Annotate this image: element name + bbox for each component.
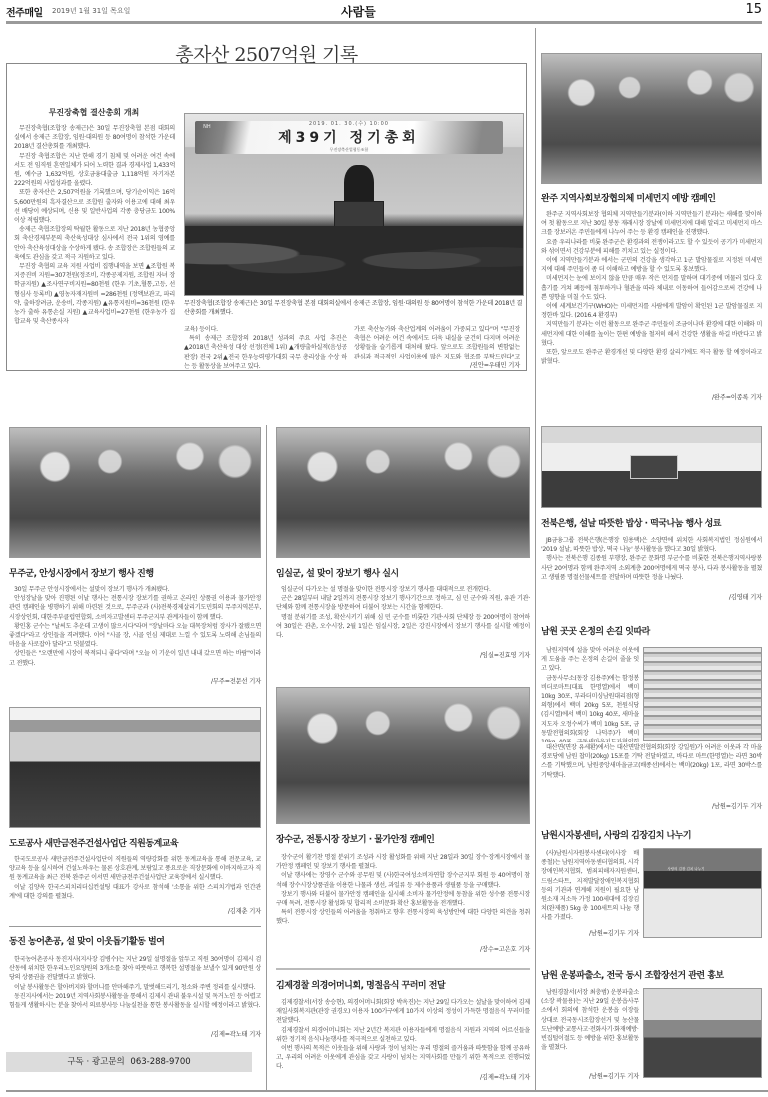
banner-date: 2019. 01. 30.(수) 10:00	[195, 120, 503, 127]
paragraph: 무진장 축협의 교육 지원 사업비 집행내역을 보면 ▲조합원 복지증진비 지원…	[14, 262, 175, 326]
paragraph: 30일 무주군 안성시장에서는 설맞이 장보기 행사가 개최됐다.	[9, 585, 261, 594]
dongjin-body: 한국농어촌공사 동진지사(지사장 김병수)는 지난 29일 설명절을 앞두고 직…	[9, 955, 261, 1029]
paragraph: 장보기 행사와 더불어 물가안정 캠페인을 실시해 소비자 물가안정에 동참을 …	[276, 890, 530, 908]
subscription-ad: 구독 · 광고문의 063-288-9700	[6, 1052, 252, 1072]
paragraph: (사)남원시자원봉사센터(이사장 배종철)는 남원지역아동센터협의회, 시각장애…	[541, 849, 639, 923]
ad-label: 구독 · 광고문의	[67, 1057, 124, 1067]
paragraph: 무진장 축협조합은 지난 한해 경기 침체 및 어려운 여건 속에서도 전 임직…	[14, 152, 175, 189]
namwon-rice-body-wide: 대산면(면장 유세환)에서는 대산면발전협의회(회장 강일원)가 어려운 이웃과…	[541, 743, 762, 800]
lead-photo-caption: 무진장축협(조합장 송제근)은 30일 무진장축협 본점 대회의실에서 송제근 …	[184, 299, 524, 317]
masthead: 전주매일 2019년 1월 31일 목요일 사람들 15	[6, 2, 762, 22]
muju-headline: 무주군, 안성시장에서 장보기 행사 진행	[9, 566, 154, 579]
paragraph: 무진장축협(조합장 송제근)은 30일 무진장축협 본점 대회의실에서 송제근 …	[14, 124, 175, 152]
paragraph: 이번 행사의 목적은 이웃들을 위해 사랑과 정이 넘치는 우리 명절의 즐거움…	[276, 1044, 530, 1072]
paragraph: 이날 김양옥 한국스피치리더십컨설팅 대표가 강사로 참석해 '소통을 위한 스…	[9, 883, 261, 901]
paragraph: 이에 세계보건기구(WHO)는 미세먼지를 사람에게 발암이 확인된 1군 발암…	[541, 302, 762, 320]
header-rule	[6, 21, 762, 24]
gimje-police-body: 김제경찰서(서장 송승현), 의경어머니회(회장 박옥진)는 지난 29일 다가…	[276, 998, 530, 1073]
dongjin-byline: /김제=곽노태 기자	[9, 1029, 261, 1038]
paragraph: 완주군 지역사회보장 협의체 지역만들기분과(이하 지역만들기 분과)는 새해를…	[541, 210, 762, 238]
paragraph: 안성장날을 맞아 진행된 이날 행사는 전통시장 장보기를 권하고 온라인 상품…	[9, 594, 261, 622]
gimje-police-byline: /김제=곽노태 기자	[276, 1072, 530, 1081]
paragraph: 황인홍 군수는 "날씨도 추운데 고생이 많으시다"라며 "장날마다 오늘 대목…	[9, 622, 261, 650]
imsil-body: 임실군이 다가오는 설 명절을 맞이한 전통시장 장보기 행사를 대대적으로 전…	[276, 585, 530, 658]
audience	[185, 226, 523, 295]
paragraph: 대산면(면장 유세환)에서는 대산면발전협의회(회장 강일원)가 어려운 이웃과…	[541, 743, 762, 780]
namwon-police-body: 남원경찰서(서장 최충범) 운봉파출소(소장 곽물용)는 지난 29일 운봉읍사…	[541, 988, 639, 1070]
paragraph: 특히 전통시장 상인들의 어려움을 청취하고 향후 전통시장의 육성방안에 대한…	[276, 908, 530, 926]
lead-byline: /진안=우태민 기자	[354, 360, 520, 369]
paragraph: 교육) 등이다.	[184, 325, 347, 334]
paragraph: 명절 분위기를 조성, 확산시키기 위해 심 민 군수를 비롯한 기관·사회 단…	[276, 613, 530, 641]
paragraph: 한국농어촌공사 동진지사(지사장 김병수)는 지난 29일 설명절을 앞두고 직…	[9, 955, 261, 983]
paragraph: 금동사무소(동장 김용주)에는 함정봉비더로마트(대표 한명열)에서 백미10k…	[541, 674, 639, 742]
paragraph: 가로 축산농가와 축산업계의 어려움이 가중되고 있다"며 "무진장축협은 어려…	[354, 325, 520, 359]
namwon-police-byline: /남원=김기두 기자	[541, 1071, 639, 1080]
gimje-police-headline: 김제경찰 의경어머니회, 명절음식 꾸러미 전달	[276, 978, 445, 991]
column-divider	[535, 28, 536, 1090]
jangsu-body: 장수군이 활기찬 명절 분위기 조성과 시장 활성화를 위해 지난 28일과 3…	[276, 853, 530, 946]
ad-phone: 063-288-9700	[130, 1057, 190, 1067]
paragraph: 특히 송제근 조합장의 2018년 성과의 주요 사업 추진은 ▲2018년 축…	[184, 334, 347, 369]
paragraph: 남원경찰서(서장 최충범) 운봉파출소(소장 곽물용)는 지난 29일 운봉읍사…	[541, 988, 639, 1052]
paragraph: 송제근 축협조합장의 탁월한 활동으로 지난 2018년 농협중앙회 축산경제부…	[14, 225, 175, 262]
wanju-byline: /완주=이종록 기자	[541, 392, 762, 401]
page-number: 15	[745, 2, 762, 17]
paragraph: 남원지역에 설을 맞아 어려운 이웃에게 도움을 주는 온정의 손길이 줄을 잇…	[541, 646, 639, 674]
paragraph: 요즘 우리나라를 비롯 완주군은 환경과의 전쟁이라고도 할 수 있듯이 공기가…	[541, 238, 762, 256]
paper-name: 전주매일	[6, 4, 43, 19]
paragraph: 행사는 전북은행 김종원 부행장, 완주군 문화명 부군수를 비롯한 전북은행지…	[541, 554, 762, 582]
paragraph: 김제경찰서(서장 송승현), 의경어머니회(회장 박옥진)는 지난 29일 다가…	[276, 998, 530, 1026]
expressway-body: 한국도로공사 새만금전주건설사업단이 직원들의 역량강화를 위한 동계교육을 통…	[9, 855, 261, 910]
imsil-market-photo	[276, 427, 530, 558]
paragraph: 이날 행사에는 장영수 군수와 공무원 및 (사)한국여성소비자연합 장수군지부…	[276, 871, 530, 889]
paragraph: 군은 28일부터 내달 2일까지 전통시장 장보기 행사기간으로 정하고, 심 …	[276, 594, 530, 612]
lead-col-2: 교육) 등이다. 특히 송제근 조합장의 2018년 성과의 주요 사업 추진은…	[184, 325, 347, 369]
article-divider	[9, 926, 261, 927]
jeonbuk-bank-photo	[541, 426, 762, 508]
lead-subheadline: 무진장축협 결산총회 개최	[14, 107, 174, 118]
paragraph: 또한, 앞으로도 완주군 환경개선 및 다양한 환경 살리기에도 적극 활동 할…	[541, 348, 762, 366]
wanju-campaign-photo	[541, 53, 762, 184]
paragraph: 상인들은 "오랜만에 시장이 북적되니 좋다"라며 "오늘 이 기운이 일년 내…	[9, 649, 261, 667]
event-sign	[630, 455, 678, 479]
imsil-byline: /임실=진효영 기자	[276, 650, 530, 659]
paragraph: 한국도로공사 새만금전주건설사업단이 직원들의 역량강화를 위한 동계교육을 통…	[9, 855, 261, 883]
expressway-byline: /김재춘 기자	[9, 906, 261, 915]
muju-market-photo	[9, 427, 261, 558]
paragraph: 동진지사에서는 2019년 지역사회봉사활동을 통해서 김제시 관내 불우시설 …	[9, 992, 261, 1010]
lead-col-3: 가로 축산농가와 축산업계의 어려움이 가중되고 있다"며 "무진장축협은 어려…	[354, 325, 520, 359]
paragraph: 김제경찰서 의경어머니회는 지난 2년간 복지관 이용자들에게 명절음식 지원과…	[276, 1026, 530, 1044]
banner-org: 무진장축산업협동조합	[195, 147, 503, 153]
training-class-photo	[9, 707, 261, 828]
lead-col-1: 무진장축협(조합장 송제근)은 30일 무진장축협 본점 대회의실에서 송제근 …	[14, 124, 175, 364]
namwon-kimchi-body: (사)남원시자원봉사센터(이사장 배종철)는 남원지역아동센터협의회, 시각장애…	[541, 849, 639, 929]
muju-body: 30일 무주군 안성시장에서는 설맞이 장보기 행사가 개최됐다. 안성장날을 …	[9, 585, 261, 677]
banner-text: 제39기 정기총회	[195, 127, 503, 147]
namwon-rice-byline: /남원=김기두 기자	[541, 801, 762, 810]
namwon-kimchi-headline: 남원시자봉센터, 사랑의 김장김치 나누기	[541, 828, 691, 841]
jangsu-headline: 장수군, 전통시장 장보기 · 물가안정 캠페인	[276, 832, 434, 845]
kimchi-boxes-photo: 사랑의 김장 김치 나누기	[643, 848, 762, 938]
dongjin-headline: 동진 농어촌공, 설 맞이 이웃돕기활동 벌여	[9, 934, 164, 947]
namwon-rice-body-narrow: 남원지역에 설을 맞아 어려운 이웃에게 도움을 주는 온정의 손길이 줄을 잇…	[541, 646, 639, 742]
jangsu-byline: /장수=고은호 기자	[276, 944, 530, 953]
footer-rule	[6, 1090, 768, 1092]
namwon-rice-headline: 남원 곳곳 온정의 손길 잇따라	[541, 624, 650, 637]
column-divider	[266, 425, 267, 1090]
rice-bags-photo	[643, 647, 762, 741]
imsil-headline: 임실군, 설 맞이 장보기 행사 실시	[276, 566, 399, 579]
meeting-banner: NH 2019. 01. 30.(수) 10:00 제39기 정기총회 무진장축…	[195, 121, 503, 154]
namwon-kimchi-byline: /남원=김기두 기자	[541, 928, 639, 937]
jeonbuk-bank-byline: /김영태 기자	[541, 592, 762, 601]
namwon-police-headline: 남원 운봉파출소, 전국 동시 조합장선거 관련 홍보	[541, 968, 724, 981]
issue-date: 2019년 1월 31일 목요일	[52, 6, 130, 16]
paragraph: 이날 봉사활동은 할아버지와 할머니를 안마해주기, 말벗해드리기, 청소와 주…	[9, 983, 261, 992]
jeonbuk-bank-body: JB금융그룹 전북은행(은행장 임용택)은 소양면에 위치한 사회복지법인 정심…	[541, 536, 762, 591]
paragraph: JB금융그룹 전북은행(은행장 임용택)은 소양면에 위치한 사회복지법인 정심…	[541, 536, 762, 554]
paragraph: 장수군이 활기찬 명절 분위기 조성과 시장 활성화를 위해 지난 28일과 3…	[276, 853, 530, 871]
jangsu-market-photo	[276, 687, 530, 824]
paragraph: 미세먼지는 눈에 보이지 않을 만큼 매우 작은 먼지를 말하며 대기중에 머물…	[541, 274, 762, 302]
article-divider	[276, 968, 530, 970]
paragraph: 지역만들기 분과는 이런 활동으로 완주군 주민들이 조금이나마 환경에 대한 …	[541, 320, 762, 348]
kimchi-banner: 사랑의 김장 김치 나누기	[667, 867, 704, 872]
paragraph: 이에 지역만들기분과 에서는 군민의 건강을 생각하고 1군 발암물질로 지정된…	[541, 256, 762, 274]
wanju-headline: 완주 지역사회보장협의체 미세먼지 예방 캠페인	[541, 191, 715, 204]
paragraph: 임실군이 다가오는 설 명절을 맞이한 전통시장 장보기 행사를 대대적으로 전…	[276, 585, 530, 594]
jeonbuk-bank-headline: 전북은행, 설날 따뜻한 밥상 · 떡국나눔 행사 성료	[541, 516, 721, 529]
section-title: 사람들	[341, 3, 376, 20]
lead-photo-general-meeting: NH 2019. 01. 30.(수) 10:00 제39기 정기총회 무진장축…	[184, 113, 524, 296]
paragraph: 또한 총자산은 2,507억원을 기록했으며, 당기순이익은 16억5,600만…	[14, 188, 175, 225]
wanju-body: 완주군 지역사회보장 협의체 지역만들기분과(이하 지역만들기 분과)는 새해를…	[541, 210, 762, 393]
muju-byline: /무주=전문선 기자	[9, 676, 261, 685]
expressway-headline: 도로공사 새만금전주건설사업단 직원동계교육	[9, 836, 178, 849]
meeting-room-photo	[643, 988, 762, 1078]
